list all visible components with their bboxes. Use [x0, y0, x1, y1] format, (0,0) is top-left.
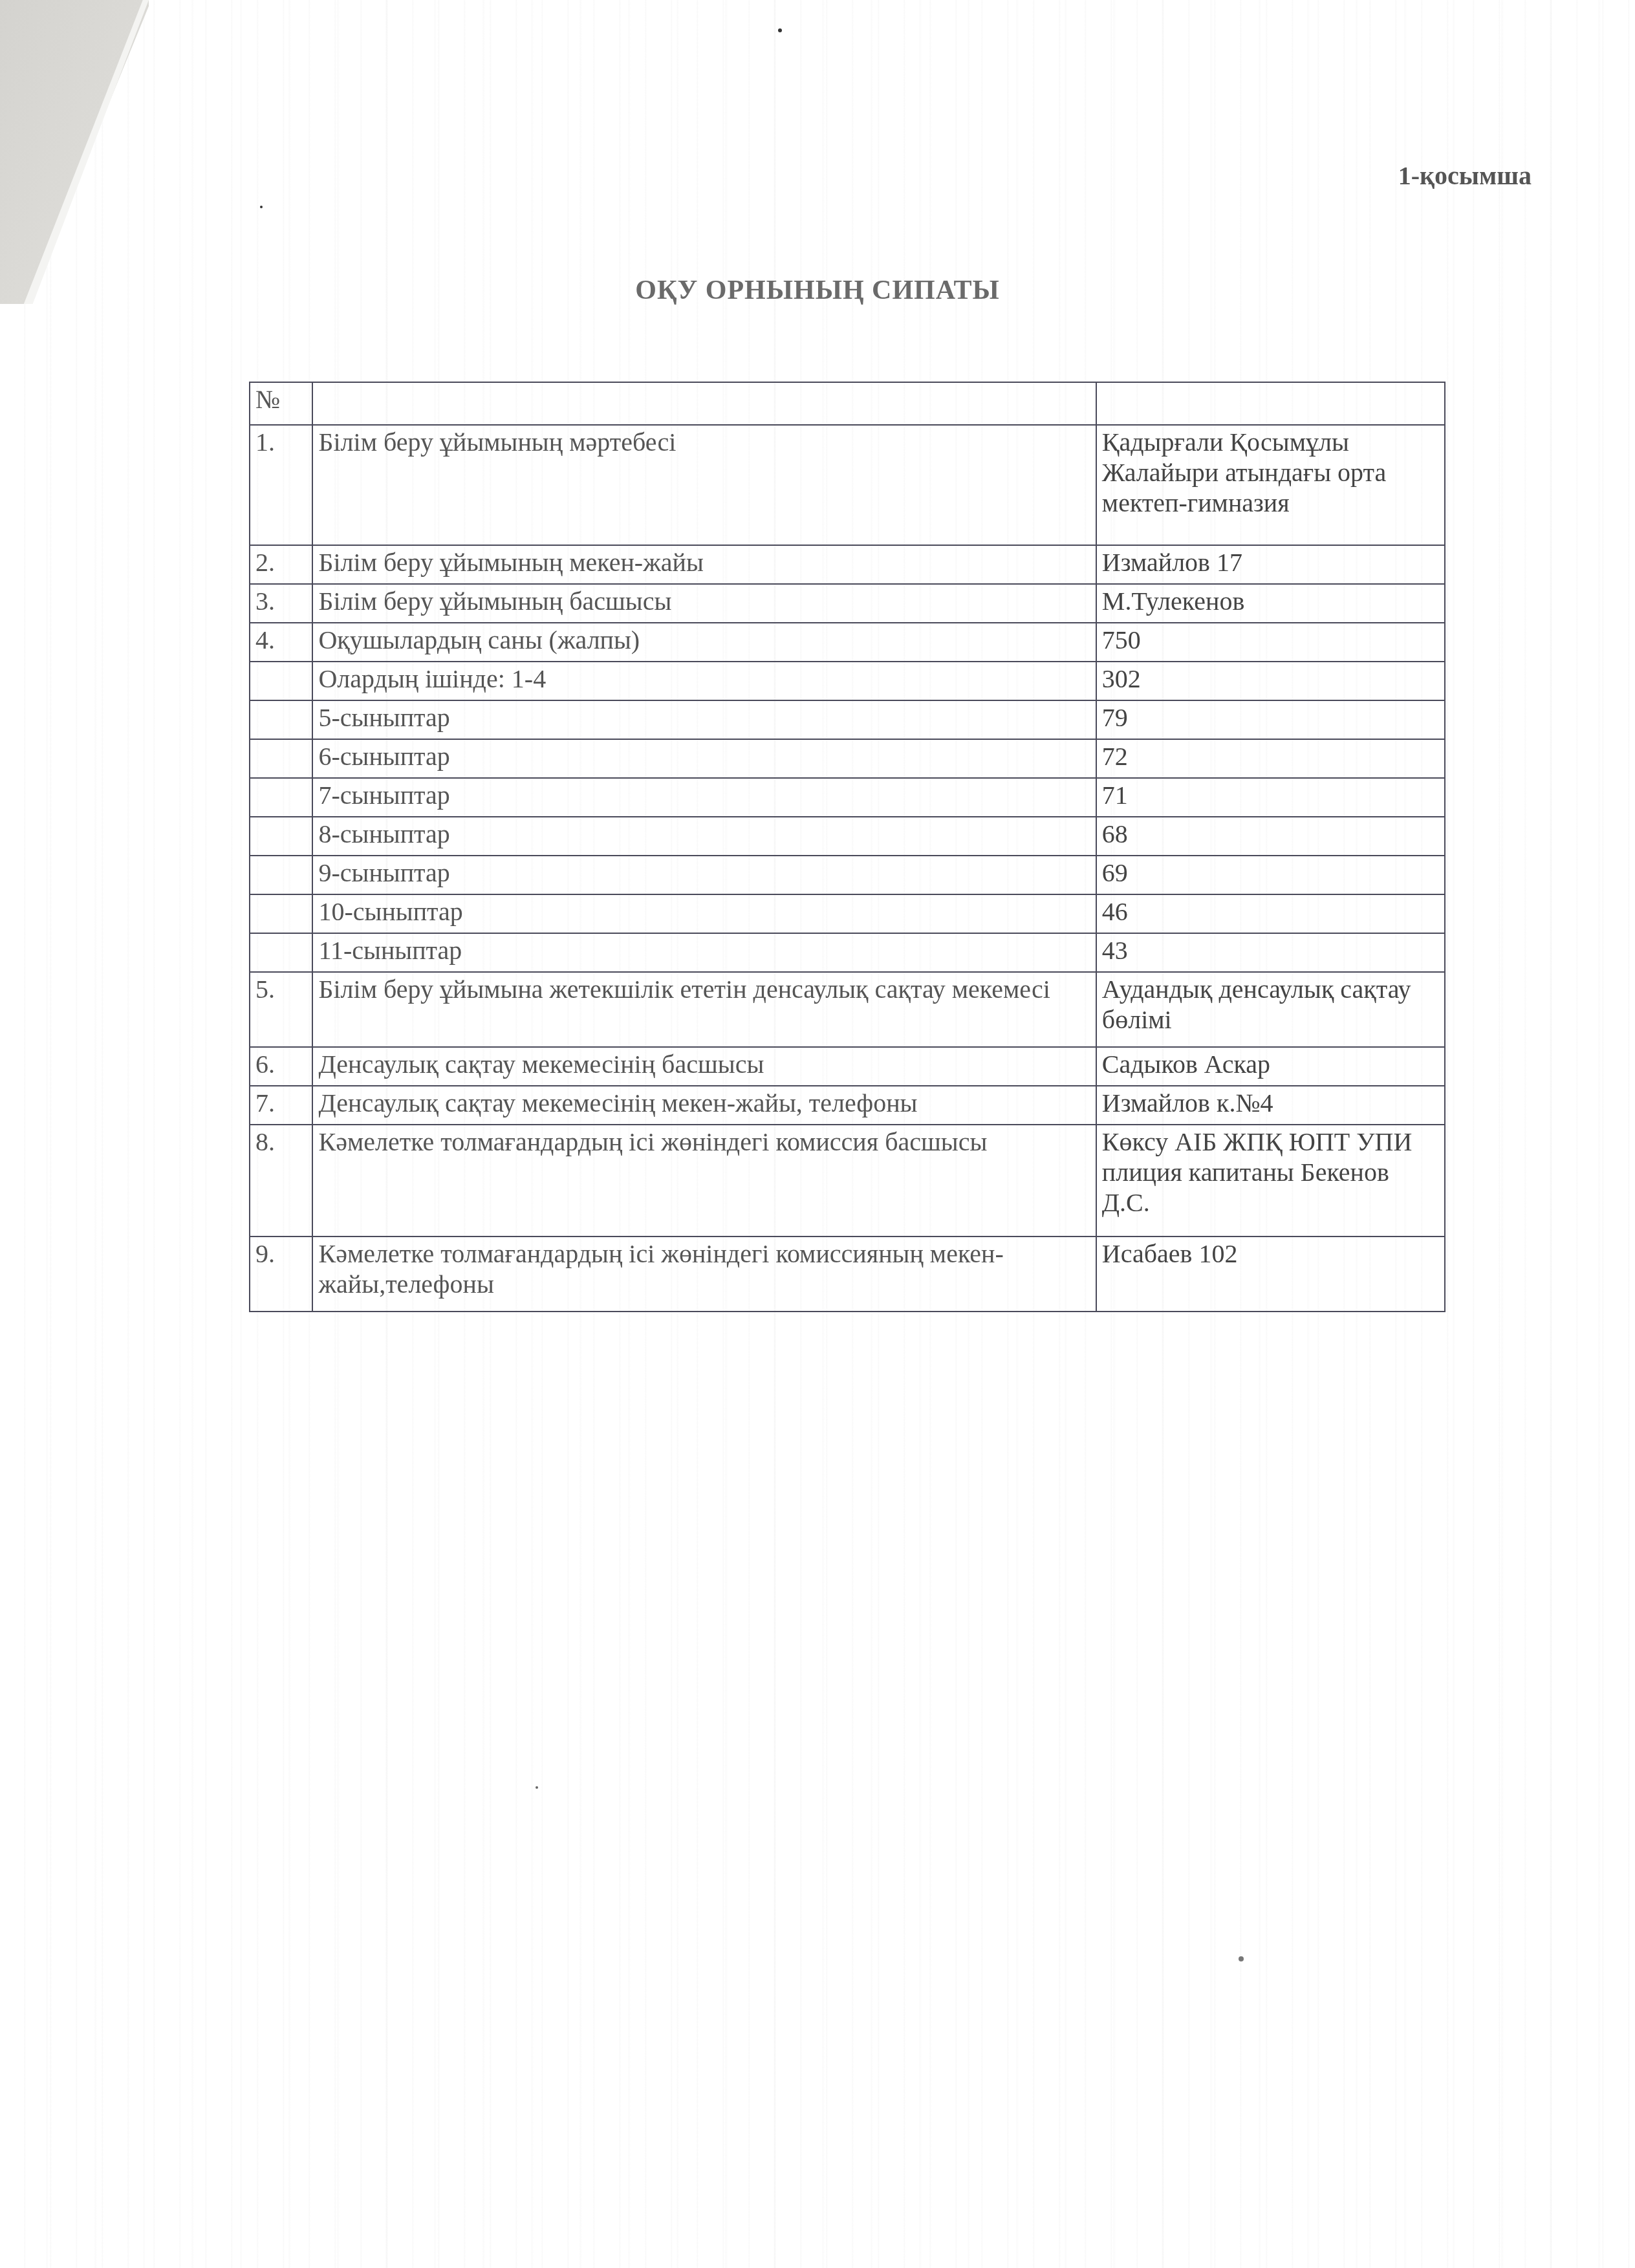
row-label: 7-сыныптар [312, 778, 1096, 817]
row-number: 6. [250, 1047, 312, 1086]
table-row: 3.Білім беру ұйымының басшысыМ.Тулекенов [250, 584, 1445, 623]
row-value: Қадырғали Қосымұлы Жалайыри атындағы орт… [1096, 425, 1445, 545]
table-row: 4.Оқушылардың саны (жалпы)750 [250, 623, 1445, 662]
row-value: Измайлов к.№4 [1096, 1086, 1445, 1125]
table-row: Олардың ішінде: 1-4302 [250, 662, 1445, 700]
row-value: 750 [1096, 623, 1445, 662]
table-row: 9.Кәмелетке толмағандардың ісі жөніндегі… [250, 1237, 1445, 1312]
row-value: 68 [1096, 817, 1445, 856]
table-row: 6-сыныптар72 [250, 739, 1445, 778]
row-number: 1. [250, 425, 312, 545]
row-value: 71 [1096, 778, 1445, 817]
table-row: 7.Денсаулық сақтау мекемесінің мекен-жай… [250, 1086, 1445, 1125]
row-value: Көксу АІБ ЖПҚ ЮПТ УПИ плиция капитаны Бе… [1096, 1125, 1445, 1237]
table-header-row: № [250, 382, 1445, 425]
row-label: Білім беру ұйымының мекен-жайы [312, 545, 1096, 584]
appendix-label: 1-қосымша [1398, 160, 1532, 191]
table-row: 8.Кәмелетке толмағандардың ісі жөніндегі… [250, 1125, 1445, 1237]
scan-speck [536, 1786, 538, 1789]
row-value: 302 [1096, 662, 1445, 700]
row-label: Білім беру ұйымының басшысы [312, 584, 1096, 623]
row-number: 3. [250, 584, 312, 623]
school-info-table: № 1.Білім беру ұйымының мәртебесіҚадырға… [249, 382, 1446, 1312]
table-row: 11-сыныптар43 [250, 933, 1445, 972]
row-number [250, 933, 312, 972]
row-value: 72 [1096, 739, 1445, 778]
row-number: 4. [250, 623, 312, 662]
table-row: 10-сыныптар46 [250, 894, 1445, 933]
row-number: 9. [250, 1237, 312, 1312]
row-value: 79 [1096, 700, 1445, 739]
scan-speck [1239, 1956, 1244, 1961]
row-value: М.Тулекенов [1096, 584, 1445, 623]
row-number [250, 739, 312, 778]
row-label: Білім беру ұйымының мәртебесі [312, 425, 1096, 545]
row-number: 8. [250, 1125, 312, 1237]
row-label: 6-сыныптар [312, 739, 1096, 778]
document-title: ОҚУ ОРНЫНЫҢ СИПАТЫ [0, 275, 1635, 306]
row-label: Денсаулық сақтау мекемесінің мекен-жайы,… [312, 1086, 1096, 1125]
header-value [1096, 382, 1445, 425]
row-label: 8-сыныптар [312, 817, 1096, 856]
row-number [250, 700, 312, 739]
header-label [312, 382, 1096, 425]
scan-speck [778, 28, 782, 32]
row-value: 43 [1096, 933, 1445, 972]
table-row: 7-сыныптар71 [250, 778, 1445, 817]
table-row: 1.Білім беру ұйымының мәртебесіҚадырғали… [250, 425, 1445, 545]
header-number: № [250, 382, 312, 425]
table-row: 5.Білім беру ұйымына жетекшілік ететін д… [250, 972, 1445, 1047]
row-value: Садыков Аскар [1096, 1047, 1445, 1086]
table-row: 8-сыныптар68 [250, 817, 1445, 856]
row-number [250, 894, 312, 933]
row-number [250, 817, 312, 856]
row-label: 9-сыныптар [312, 856, 1096, 894]
row-label: Денсаулық сақтау мекемесінің басшысы [312, 1047, 1096, 1086]
scan-speck [260, 206, 263, 208]
row-number: 7. [250, 1086, 312, 1125]
row-label: 5-сыныптар [312, 700, 1096, 739]
row-value: Исабаев 102 [1096, 1237, 1445, 1312]
row-label: 10-сыныптар [312, 894, 1096, 933]
row-number [250, 662, 312, 700]
row-label: Кәмелетке толмағандардың ісі жөніндегі к… [312, 1237, 1096, 1312]
table-row: 2.Білім беру ұйымының мекен-жайыИзмайлов… [250, 545, 1445, 584]
table-row: 5-сыныптар79 [250, 700, 1445, 739]
row-value: 69 [1096, 856, 1445, 894]
row-value: Аудандық денсаулық сақтау бөлімі [1096, 972, 1445, 1047]
row-label: 11-сыныптар [312, 933, 1096, 972]
row-value: Измайлов 17 [1096, 545, 1445, 584]
row-number [250, 778, 312, 817]
table-row: 9-сыныптар69 [250, 856, 1445, 894]
row-value: 46 [1096, 894, 1445, 933]
row-label: Олардың ішінде: 1-4 [312, 662, 1096, 700]
row-number: 2. [250, 545, 312, 584]
row-number [250, 856, 312, 894]
row-label: Білім беру ұйымына жетекшілік ететін ден… [312, 972, 1096, 1047]
row-label: Кәмелетке толмағандардың ісі жөніндегі к… [312, 1125, 1096, 1237]
row-number: 5. [250, 972, 312, 1047]
table-row: 6.Денсаулық сақтау мекемесінің басшысыСа… [250, 1047, 1445, 1086]
row-label: Оқушылардың саны (жалпы) [312, 623, 1096, 662]
